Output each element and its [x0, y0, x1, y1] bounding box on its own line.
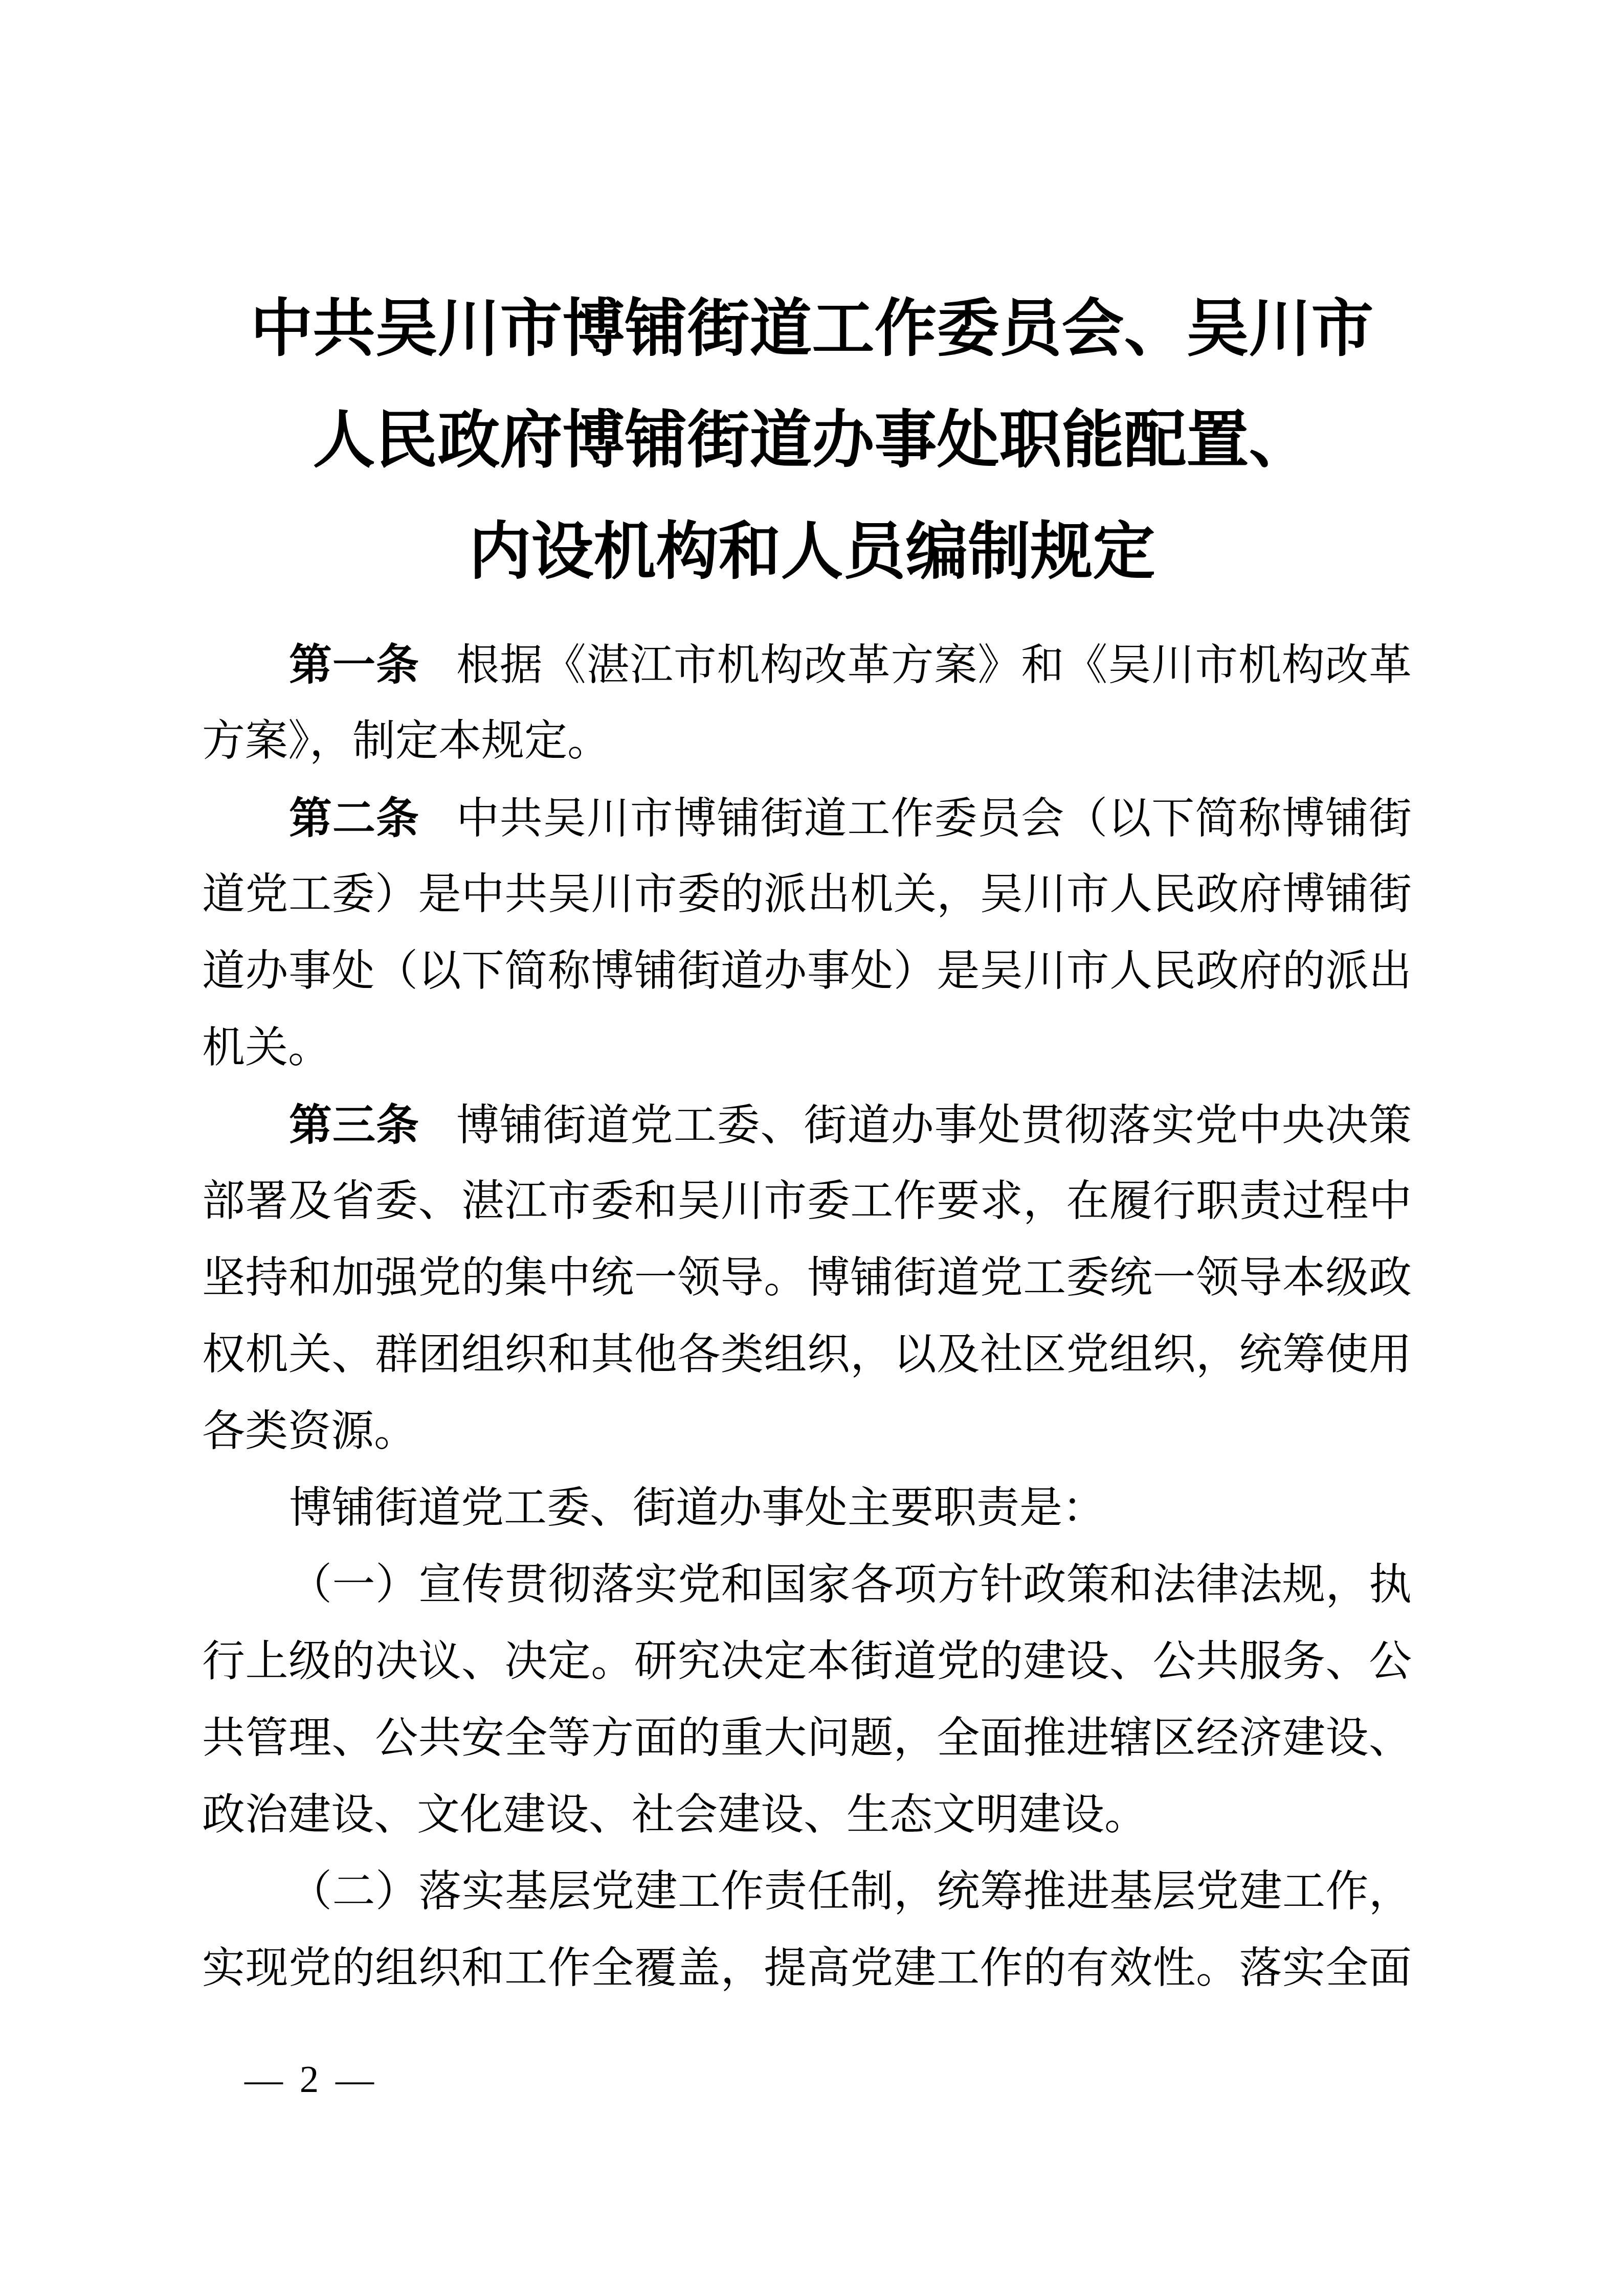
document-page: 中共吴川市博铺街道工作委员会、吴川市 人民政府博铺街道办事处职能配置、 内设机构…	[0, 0, 1624, 2296]
body-line-text: 实现党的组织和工作全覆盖，提高党建工作的有效性。落实全面	[202, 1945, 1412, 1992]
body-line: （一）宣传贯彻落实党和国家各项方针政策和法律法规，执	[202, 1547, 1412, 1624]
body-line: 共管理、公共安全等方面的重大问题，全面推进辖区经济建设、	[202, 1700, 1412, 1777]
body-line: 机关。	[202, 1010, 1412, 1087]
article-2-label: 第二条	[289, 794, 419, 842]
body-line: 博铺街道党工委、街道办事处主要职责是：	[202, 1470, 1412, 1547]
body-line-text: 行上级的决议、决定。研究决定本街道党的建设、公共服务、公	[202, 1638, 1412, 1685]
body-line-text: 政治建设、文化建设、社会建设、生态文明建设。	[202, 1791, 1147, 1839]
body-line: 第三条博铺街道党工委、街道办事处贯彻落实党中央决策	[202, 1087, 1412, 1163]
title-line-3: 内设机构和人员编制规定	[0, 497, 1624, 608]
title-line-1: 中共吴川市博铺街道工作委员会、吴川市	[0, 274, 1624, 385]
body-line: 行上级的决议、决定。研究决定本街道党的建设、公共服务、公	[202, 1624, 1412, 1700]
body-line-text: （一）宣传贯彻落实党和国家各项方针政策和法律法规，执	[289, 1561, 1412, 1609]
body-line: 第二条中共吴川市博铺街道工作委员会（以下简称博铺街	[202, 780, 1412, 857]
body-line-text: 共管理、公共安全等方面的重大问题，全面推进辖区经济建设、	[202, 1715, 1412, 1762]
document-title: 中共吴川市博铺街道工作委员会、吴川市 人民政府博铺街道办事处职能配置、 内设机构…	[0, 274, 1624, 608]
body-line: 权机关、群团组织和其他各类组织，以及社区党组织，统筹使用	[202, 1317, 1412, 1393]
body-line: 方案》，制定本规定。	[202, 703, 1412, 780]
body-line-text: 道党工委）是中共吴川市委的派出机关，吴川市人民政府博铺街	[202, 871, 1412, 918]
document-body: 第一条根据《湛江市机构改革方案》和《吴川市机构改革 方案》，制定本规定。 第二条…	[202, 626, 1412, 2007]
body-line-text: 博铺街道党工委、街道办事处贯彻落实党中央决策	[456, 1102, 1412, 1150]
body-line: 各类资源。	[202, 1393, 1412, 1470]
body-line-text: 中共吴川市博铺街道工作委员会（以下简称博铺街	[456, 795, 1412, 843]
body-line-text: 道办事处（以下简称博铺街道办事处）是吴川市人民政府的派出	[202, 948, 1412, 995]
body-line-text: 部署及省委、湛江市委和吴川市委工作要求，在履行职责过程中	[202, 1178, 1412, 1225]
article-1-label: 第一条	[289, 641, 419, 689]
body-line: 道党工委）是中共吴川市委的派出机关，吴川市人民政府博铺街	[202, 857, 1412, 933]
body-line-text: 坚持和加强党的集中统一领导。博铺街道党工委统一领导本级政	[202, 1254, 1412, 1302]
body-line: 第一条根据《湛江市机构改革方案》和《吴川市机构改革	[202, 626, 1412, 703]
body-line: （二）落实基层党建工作责任制，统筹推进基层党建工作，	[202, 1854, 1412, 1930]
body-line: 政治建设、文化建设、社会建设、生态文明建设。	[202, 1777, 1412, 1854]
body-line-text: 博铺街道党工委、街道办事处主要职责是：	[289, 1484, 1105, 1532]
body-line-text: 机关。	[202, 1024, 331, 1072]
body-line-text: 各类资源。	[202, 1408, 417, 1455]
body-line-text: 根据《湛江市机构改革方案》和《吴川市机构改革	[456, 642, 1412, 689]
body-line: 部署及省委、湛江市委和吴川市委工作要求，在履行职责过程中	[202, 1163, 1412, 1240]
body-line: 实现党的组织和工作全覆盖，提高党建工作的有效性。落实全面	[202, 1930, 1412, 2007]
body-line: 道办事处（以下简称博铺街道办事处）是吴川市人民政府的派出	[202, 933, 1412, 1010]
page-number: — 2 —	[244, 2057, 374, 2103]
body-line-text: （二）落实基层党建工作责任制，统筹推进基层党建工作，	[289, 1868, 1412, 1916]
body-line: 坚持和加强党的集中统一领导。博铺街道党工委统一领导本级政	[202, 1240, 1412, 1317]
article-3-label: 第三条	[289, 1101, 419, 1149]
body-line-text: 权机关、群团组织和其他各类组织，以及社区党组织，统筹使用	[202, 1331, 1412, 1379]
body-line-text: 方案》，制定本规定。	[202, 717, 610, 765]
title-line-2: 人民政府博铺街道办事处职能配置、	[0, 385, 1624, 497]
